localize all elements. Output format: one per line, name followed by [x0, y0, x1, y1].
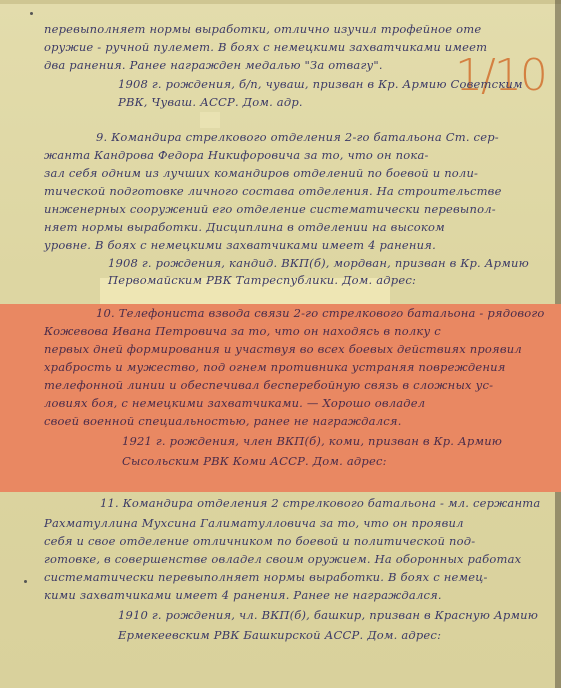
entry-heading: 10. Телефониста взвода связи 2-го стрелк…: [96, 306, 545, 320]
text-line: Первомайским РВК Татреспублики. Дом. адр…: [108, 273, 416, 287]
stamp-mark: 1/10: [455, 50, 546, 101]
text-line: себя и свое отделение отличником по боев…: [44, 534, 475, 548]
text-line: няет нормы выработки. Дисциплина в отдел…: [44, 220, 445, 234]
text-line: тической подготовке личного состава отде…: [44, 184, 502, 198]
text-line: РВК, Чуваш. АССР. Дом. адр.: [118, 95, 303, 109]
text-line: 1908 г. рождения, б/п, чуваш, призван в …: [118, 77, 523, 91]
text-line: Ермекеевским РВК Башкирской АССР. Дом. а…: [118, 628, 441, 642]
text-line: инженерных сооружений его отделение сист…: [44, 202, 496, 216]
text-line: 1908 г. рождения, кандид. ВКП(б), мордва…: [108, 256, 529, 270]
text-line: храбрость и мужество, под огнем противни…: [44, 360, 506, 374]
text-line: уровне. В боях с немецкими захватчиками …: [44, 238, 436, 252]
text-line: Кожевова Ивана Петровича за то, что он н…: [44, 324, 441, 338]
punch-mark: [30, 12, 33, 15]
text-line: два ранения. Ранее награжден медалью "За…: [44, 58, 383, 72]
punch-mark: [24, 580, 27, 583]
text-line: систематически перевыполняет нормы выраб…: [44, 570, 488, 584]
text-line: оружие - ручной пулемет. В боях с немецк…: [44, 40, 487, 54]
paper-edge-top: [0, 0, 561, 4]
text-line: ловиях боя, с немецкими захватчиками. — …: [44, 396, 425, 410]
text-line: Сысольским РВК Коми АССР. Дом. адрес:: [122, 454, 387, 468]
entry-heading: 9. Командира стрелкового отделения 2-го …: [96, 130, 499, 144]
entry-heading: 11. Командира отделения 2 стрелкового ба…: [100, 496, 540, 510]
redacted-strip-small: [200, 112, 220, 128]
text-line: зал себя одним из лучших командиров отде…: [44, 166, 478, 180]
text-line: первых дней формирования и участвуя во в…: [44, 342, 522, 356]
text-line: своей военной специальностью, ранее не н…: [44, 414, 402, 428]
text-line: 1910 г. рождения, чл. ВКП(б), башкир, пр…: [118, 608, 538, 622]
text-line: телефонной линии и обеспечивал бесперебо…: [44, 378, 493, 392]
text-line: перевыполняет нормы выработки, отлично и…: [44, 22, 481, 36]
text-line: Рахматуллина Мухсина Галиматулловича за …: [44, 516, 464, 530]
document-page: 1/10 перевыполняет нормы выработки, отли…: [0, 0, 561, 688]
text-line: 1921 г. рождения, член ВКП(б), коми, при…: [122, 434, 502, 448]
text-line: жанта Кандрова Федора Никифоровича за то…: [44, 148, 429, 162]
text-line: готовке, в совершенстве овладел своим ор…: [44, 552, 521, 566]
text-line: кими захватчиками имеет 4 ранения. Ранее…: [44, 588, 442, 602]
